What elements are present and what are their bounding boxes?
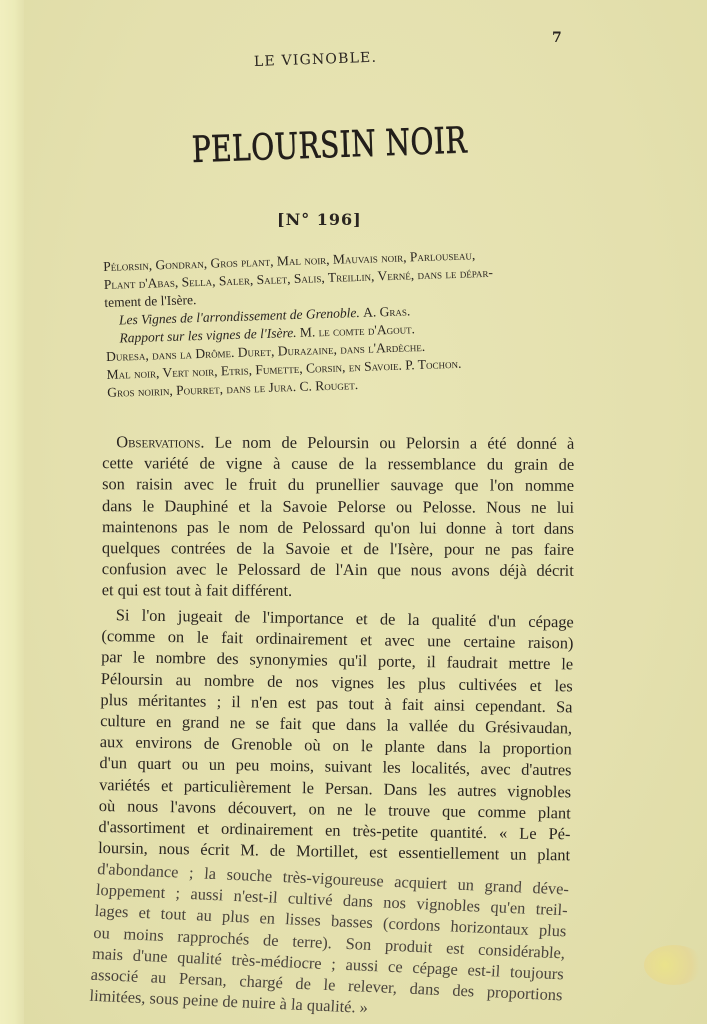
text-line: et qui est tout à fait différent. — [102, 580, 574, 603]
observations-paragraph-2: Si l'on jugeait de l'importance et de la… — [96, 604, 574, 1014]
source-author: M. le comte d'Agout. — [300, 321, 415, 340]
curled-text-region: d'abondance ; la souche très-vigoureuse … — [89, 858, 570, 1024]
synonyms-block: Pélorsin, Gondran, Gros plant, Mal noir,… — [103, 243, 577, 402]
observations-label: Observations. — [116, 432, 204, 451]
text-line: cette variété de vigne à cause de la res… — [102, 452, 574, 475]
book-gutter — [0, 0, 24, 1024]
text-line: confusion avec le Pelossard de l'Ain que… — [102, 558, 574, 581]
text-line: son raisin avec le fruit du prunellier s… — [102, 474, 574, 497]
text-line: quelques contrées de la Savoie et de l'I… — [102, 537, 574, 560]
text-line: dans le Dauphiné et la Savoie Pelorse ou… — [102, 495, 574, 518]
page-number: 7 — [552, 30, 562, 46]
text-line: Observations. Le nom de Peloursin ou Pel… — [102, 431, 574, 454]
paper-stain — [644, 945, 704, 985]
source-author: A. Gras. — [363, 303, 411, 319]
variety-number: [N° 196] — [277, 210, 362, 229]
observations-paragraph-1: Observations. Le nom de Peloursin ou Pel… — [102, 431, 575, 602]
observations-body: Observations. Le nom de Peloursin ou Pel… — [102, 432, 574, 1006]
text-line: maintenons pas le nom de Pelossard qu'on… — [102, 516, 574, 539]
